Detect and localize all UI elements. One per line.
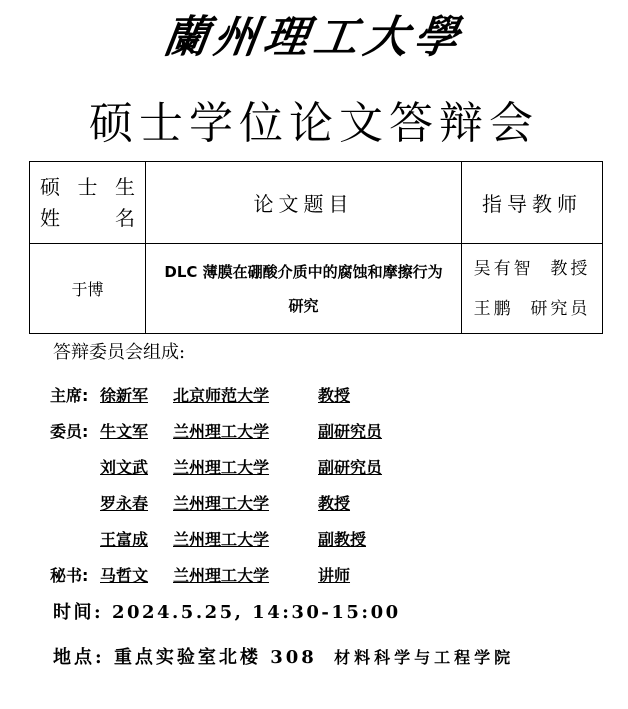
page-title: 硕士学位论文答辩会 <box>0 93 628 155</box>
table-row: 于博 DLC 薄膜在硼酸介质中的腐蚀和摩擦行为 研究 吴有智 教授 王鹏 研究员 <box>30 244 603 334</box>
member-name: 刘文武 <box>100 456 148 480</box>
advisor-1: 吴有智 教授 <box>462 249 602 289</box>
header-student-name: 硕 士 生 姓 名 <box>30 162 146 244</box>
table-header-row: 硕 士 生 姓 名 论文题目 指导教师 <box>30 162 603 244</box>
place-label: 地点: <box>53 647 105 668</box>
member-rank: 教授 <box>318 384 350 408</box>
thesis-title: DLC 薄膜在硼酸介质中的腐蚀和摩擦行为 研究 <box>146 244 462 334</box>
member-name: 王富成 <box>100 528 148 552</box>
member-role: 秘书: <box>50 564 88 588</box>
member-org: 兰州理工大学 <box>173 420 269 444</box>
member-rank: 副教授 <box>318 528 366 552</box>
advisor-2: 王鹏 研究员 <box>462 289 602 329</box>
member-role: 主席: <box>50 384 88 408</box>
member-rank: 讲师 <box>318 564 350 588</box>
advisors: 吴有智 教授 王鹏 研究员 <box>462 244 603 334</box>
header-char: 硕 <box>40 172 60 203</box>
time-label: 时间: <box>53 602 103 623</box>
header-thesis-title: 论文题目 <box>146 162 462 244</box>
thesis-title-line2: 研究 <box>146 289 461 323</box>
defense-place: 地点: 重点实验室北楼 308 材料科学与工程学院 <box>53 645 514 671</box>
member-org: 兰州理工大学 <box>173 564 269 588</box>
place-department: 材料科学与工程学院 <box>334 648 514 667</box>
member-org: 兰州理工大学 <box>173 492 269 516</box>
member-org: 北京师范大学 <box>173 384 269 408</box>
header-char: 士 <box>78 172 98 203</box>
header-char: 生 <box>115 172 135 203</box>
time-value: 2024.5.25, 14:30-15:00 <box>112 602 401 623</box>
member-rank: 教授 <box>318 492 350 516</box>
member-org: 兰州理工大学 <box>173 528 269 552</box>
member-name: 牛文军 <box>100 420 148 444</box>
student-name: 于博 <box>30 244 146 334</box>
university-logo: 蘭州理工大學 <box>0 8 628 68</box>
header-advisor: 指导教师 <box>462 162 603 244</box>
member-role: 委员: <box>50 420 88 444</box>
defense-table: 硕 士 生 姓 名 论文题目 指导教师 于博 DLC 薄膜在硼酸介质中的腐蚀和摩… <box>29 161 603 334</box>
place-value: 重点实验室北楼 308 <box>114 647 317 668</box>
member-rank: 副研究员 <box>318 420 382 444</box>
member-name: 罗永春 <box>100 492 148 516</box>
header-char: 名 <box>115 203 135 234</box>
member-rank: 副研究员 <box>318 456 382 480</box>
member-name: 马哲文 <box>100 564 148 588</box>
thesis-title-line1: DLC 薄膜在硼酸介质中的腐蚀和摩擦行为 <box>146 255 461 289</box>
member-org: 兰州理工大学 <box>173 456 269 480</box>
committee-title: 答辩委员会组成: <box>53 340 185 366</box>
member-name: 徐新军 <box>100 384 148 408</box>
header-char: 姓 <box>40 203 60 234</box>
defense-time: 时间: 2024.5.25, 14:30-15:00 <box>53 600 401 626</box>
